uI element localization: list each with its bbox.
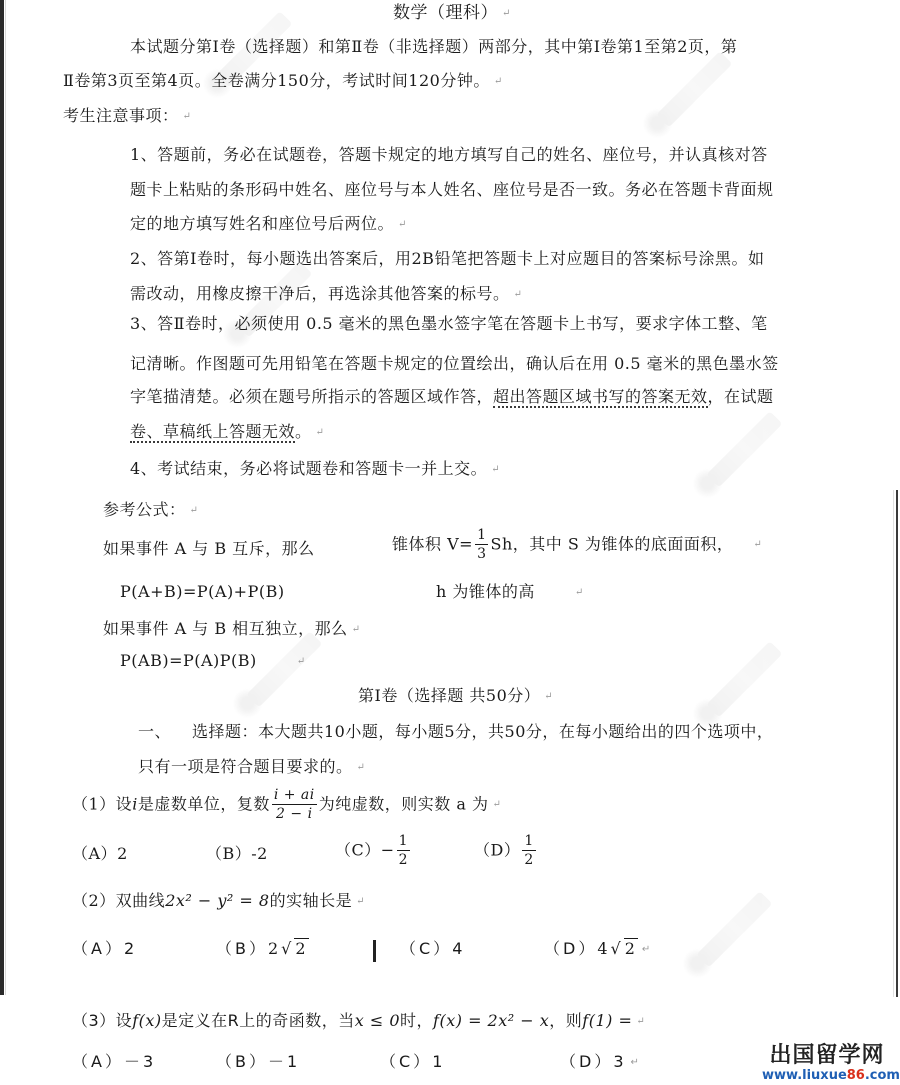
cone-height-text: h 为锥体的高 — [436, 582, 535, 601]
q3-option-c-label: （C） — [380, 1052, 432, 1071]
q3-def: f(x) = 2x² − x — [433, 1011, 549, 1030]
section-1-instr-line-2-text: 只有一项是符合题目要求的。 — [138, 757, 353, 776]
section-1-instr-num: 一、 — [138, 724, 171, 740]
q1-frac-den: 2 − i — [272, 805, 317, 821]
question-3-stem: （3）设f(x)是定义在R上的奇函数，当x ≤ 0时，f(x) = 2x² − … — [72, 1013, 645, 1029]
section-1-title-text: 第Ⅰ卷（选择题 共50分） — [358, 686, 540, 705]
doc-title-text: 数学（理科） — [393, 3, 498, 23]
cone-prefix: 锥体积 V= — [392, 535, 473, 554]
return-mark-icon: ↵ — [183, 111, 192, 122]
site-url-suffix: .com — [865, 1068, 900, 1083]
q1-option-b: （B）-2 — [206, 846, 268, 862]
return-mark-icon: ↵ — [492, 799, 501, 810]
q2-suffix: 的实轴长是 — [270, 891, 353, 910]
q3-option-c: （C）1 — [380, 1054, 445, 1070]
text-cursor-bar — [373, 940, 376, 962]
q3-mid: 是定义在R上的奇函数，当 — [162, 1011, 355, 1030]
q2-option-c: （C）4 — [400, 941, 465, 957]
page-border-left-inner — [5, 0, 6, 995]
q1-c-den: 2 — [397, 851, 410, 867]
question-1-stem: （1）设i是虚数单位，复数i + ai2 − i为纯虚数，则实数 a 为↵ — [72, 788, 501, 821]
indep-formula-text: P(AB)=P(A)P(B) — [120, 651, 257, 670]
formula-cone-volume: 锥体积 V=13Sh，其中 S 为锥体的底面面积，↵ — [392, 528, 762, 561]
q1-option-a-label: （A） — [72, 844, 117, 863]
q3-option-c-value: 1 — [432, 1052, 445, 1071]
q1-option-a-value: 2 — [117, 844, 128, 863]
notice-3-line-2: 记清晰。作图题可先用铅笔在答题卡规定的位置绘出，确认后在用 0.5 毫米的黑色墨… — [130, 356, 779, 372]
q1-fraction: i + ai2 − i — [272, 788, 317, 821]
site-logo-title: 出国留学网 — [762, 1045, 892, 1067]
q1-frac-num: i + ai — [272, 788, 317, 805]
q2-prefix: （2）双曲线 — [72, 891, 165, 910]
formula-cone-height: h 为锥体的高↵ — [436, 584, 584, 600]
return-mark-icon: ↵ — [514, 289, 523, 300]
q1-option-d-label: （D） — [474, 841, 520, 860]
q2-expr: 2x² − y² = 8 — [165, 891, 269, 910]
return-mark-icon: ↵ — [642, 944, 653, 955]
site-url-accent: 86 — [847, 1068, 865, 1083]
q1-d-num: 1 — [522, 834, 535, 851]
notice-2-line-2-text: 需改动，用橡皮擦干净后，再选涂其他答案的标号。 — [130, 284, 510, 303]
section-1-instr-line-1: 选择题：本大题共10小题，每小题5分，共50分，在每小题给出的四个选项中， — [192, 724, 773, 740]
section-1-instr-line-2: 只有一项是符合题目要求的。↵ — [138, 759, 365, 775]
return-mark-icon: ↵ — [544, 691, 553, 702]
intro-line-2-text: Ⅱ卷第3页至第4页。全卷满分150分，考试时间120分钟。 — [63, 71, 490, 90]
intro-line-1: 本试题分第Ⅰ卷（选择题）和第Ⅱ卷（非选择题）两部分，其中第Ⅰ卷第1至第2页，第 — [130, 39, 737, 55]
q1-suffix: 为纯虚数，则实数 a 为 — [319, 795, 489, 814]
q1-option-d-fraction: 12 — [522, 834, 535, 867]
notice-3-line-4-end: 。 — [295, 422, 312, 441]
intro-line-2: Ⅱ卷第3页至第4页。全卷满分150分，考试时间120分钟。↵ — [63, 73, 503, 89]
doc-title: 数学（理科）↵ — [393, 5, 511, 22]
return-mark-icon: ↵ — [357, 762, 366, 773]
q1-option-b-value: -2 — [251, 844, 268, 863]
q3-option-d-label: （D） — [560, 1052, 613, 1071]
sqrt-icon: √ — [281, 939, 294, 958]
return-mark-icon: ↵ — [491, 464, 500, 475]
site-url-prefix: www.liuxue — [762, 1068, 847, 1083]
q3-mid2: 时， — [400, 1011, 433, 1030]
q2-option-a-value: 2 — [124, 939, 137, 958]
notice-heading-text: 考生注意事项： — [63, 106, 179, 125]
q2-option-b-radicand: 2 — [294, 938, 308, 958]
notice-4-line-1: 4、考试结束，务必将试题卷和答题卡一并上交。↵ — [130, 461, 500, 477]
notice-3-line-1: 3、答Ⅱ卷时，必须使用 0.5 毫米的黑色墨水签字笔在答题卡上书写，要求字体工整… — [130, 316, 768, 332]
cone-frac-num: 1 — [475, 528, 488, 545]
return-mark-icon: ↵ — [352, 624, 361, 635]
cone-suffix: Sh，其中 S 为锥体的底面面积， — [490, 535, 733, 554]
return-mark-icon: ↵ — [636, 1016, 645, 1027]
section-1-title: 第Ⅰ卷（选择题 共50分）↵ — [358, 688, 553, 704]
notice-3-line-3: 字笔描清楚。必须在题号所指示的答题区域作答，超出答题区域书写的答案无效，在试题 — [130, 389, 774, 405]
q2-option-c-label: （C） — [400, 939, 452, 958]
q3-ask: f(1) = — [582, 1011, 632, 1030]
notice-heading: 考生注意事项：↵ — [63, 108, 191, 124]
q3-prefix: （3）设 — [72, 1011, 132, 1030]
q3-option-d-value: 3 — [613, 1052, 626, 1071]
q3-option-b: （B）－1 — [216, 1054, 300, 1070]
notice-3-line-4: 卷、草稿纸上答题无效。↵ — [130, 424, 324, 440]
q2-option-b: （B）2√2 — [216, 941, 309, 957]
watermark-icon — [675, 870, 795, 990]
notice-4-text: 4、考试结束，务必将试题卷和答题卡一并上交。 — [130, 459, 487, 478]
notice-3-dotted-emphasis: 超出答题区域书写的答案无效 — [493, 387, 708, 408]
q1-mid: 是虚数单位，复数 — [138, 795, 270, 814]
q2-option-c-value: 4 — [452, 939, 465, 958]
return-mark-icon: ↵ — [398, 219, 407, 230]
q1-option-c: （C）−12 — [335, 834, 412, 867]
q3-option-b-value: －1 — [268, 1052, 300, 1071]
return-mark-icon: ↵ — [502, 8, 511, 19]
site-logo-url[interactable]: www.liuxue86.com — [762, 1069, 892, 1082]
q1-d-den: 2 — [522, 851, 535, 867]
cone-frac-den: 3 — [475, 545, 488, 561]
q2-option-d-label: （D） — [544, 939, 597, 958]
q1-prefix: （1）设 — [72, 795, 132, 814]
formula-mutex-label: 如果事件 A 与 B 互斥，那么 — [103, 541, 315, 557]
q2-option-a: （A）2 — [72, 941, 137, 957]
question-2-stem: （2）双曲线2x² − y² = 8的实轴长是↵ — [72, 893, 365, 909]
q1-option-d: （D）12 — [474, 834, 538, 867]
return-mark-icon: ↵ — [575, 587, 584, 598]
notice-2-line-2: 需改动，用橡皮擦干净后，再选涂其他答案的标号。↵ — [130, 286, 522, 302]
q1-option-c-sign: − — [381, 841, 395, 860]
page-border-right-inner — [893, 490, 894, 997]
q3-fx: f(x) — [132, 1011, 161, 1030]
return-mark-icon: ↵ — [356, 896, 365, 907]
q2-option-b-label: （B） — [216, 939, 268, 958]
q3-option-a: （A）－3 — [72, 1054, 156, 1070]
q3-option-b-label: （B） — [216, 1052, 268, 1071]
return-mark-icon: ↵ — [494, 76, 503, 87]
formula-indep: P(AB)=P(A)P(B)↵ — [120, 653, 306, 669]
q3-mid3: ，则 — [549, 1011, 582, 1030]
q3-option-a-value: －3 — [124, 1052, 156, 1071]
q1-option-b-label: （B） — [206, 844, 251, 863]
page-border-right — [896, 490, 898, 997]
site-logo[interactable]: 出国留学网 www.liuxue86.com — [762, 1045, 892, 1082]
notice-3-line-3-b: ，在试题 — [708, 387, 774, 406]
formula-mutex: P(A+B)=P(A)+P(B) — [120, 584, 285, 600]
formula-heading: 参考公式：↵ — [103, 502, 198, 518]
q2-option-b-value: 2 — [268, 939, 281, 958]
notice-3-dotted-emphasis-2: 卷、草稿纸上答题无效 — [130, 422, 295, 443]
q1-c-num: 1 — [397, 834, 410, 851]
indep-label-text: 如果事件 A 与 B 相互独立，那么 — [103, 619, 348, 638]
notice-3-line-3-a: 字笔描清楚。必须在题号所指示的答题区域作答， — [130, 387, 493, 406]
notice-1-line-2: 题卡上粘贴的条形码中姓名、座位号与本人姓名、座位号是否一致。务必在答题卡背面规 — [130, 182, 774, 198]
q1-option-c-fraction: 12 — [397, 834, 410, 867]
formula-heading-text: 参考公式： — [103, 500, 186, 519]
notice-1-line-3: 定的地方填写姓名和座位号后两位。↵ — [130, 216, 407, 232]
notice-2-line-1: 2、答第Ⅰ卷时，每小题选出答案后，用2B铅笔把答题卡上对应题目的答案标号涂黑。如 — [130, 251, 764, 267]
q2-option-d: （D）4√2↵ — [544, 941, 653, 957]
return-mark-icon: ↵ — [753, 539, 762, 550]
cone-fraction: 13 — [475, 528, 488, 561]
return-mark-icon: ↵ — [631, 1057, 642, 1068]
return-mark-icon: ↵ — [297, 656, 306, 667]
notice-1-line-3-text: 定的地方填写姓名和座位号后两位。 — [130, 214, 394, 233]
page-border-left — [0, 0, 4, 995]
formula-indep-label: 如果事件 A 与 B 相互独立，那么↵ — [103, 621, 361, 637]
q2-option-d-value: 4 — [597, 939, 610, 958]
q3-option-a-label: （A） — [72, 1052, 124, 1071]
sqrt-icon: √ — [611, 939, 624, 958]
return-mark-icon: ↵ — [316, 427, 325, 438]
notice-1-line-1: 1、答题前，务必在试题卷，答题卡规定的地方填写自己的姓名、座位号，并认真核对答 — [130, 147, 768, 163]
return-mark-icon: ↵ — [190, 505, 199, 516]
q3-cond: x ≤ 0 — [355, 1011, 400, 1030]
q2-option-a-label: （A） — [72, 939, 124, 958]
q2-option-d-radicand: 2 — [624, 938, 638, 958]
q1-option-c-label: （C） — [335, 841, 381, 860]
q3-option-d: （D）3↵ — [560, 1054, 642, 1070]
q1-option-a: （A）2 — [72, 846, 128, 862]
